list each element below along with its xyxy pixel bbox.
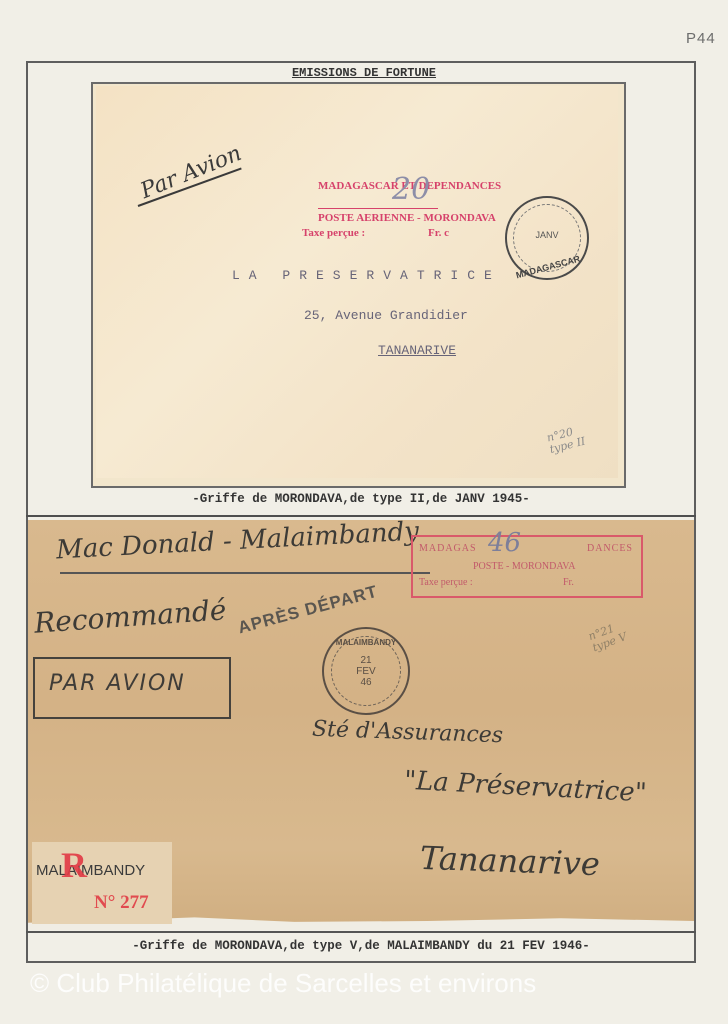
cachet-line-3-right: Fr. c xyxy=(428,227,449,239)
cover-2-postmark: MALAIMBANDY 21 FEV 46 xyxy=(322,627,410,715)
registration-number: N° 277 xyxy=(94,892,149,914)
cover-2-address-city: Tananarive xyxy=(419,839,600,883)
cover-1-addressee: LA PRESERVATRICE xyxy=(232,268,501,283)
cover-2-red-cachet: MADAGAS DANCES POSTE - MORONDAVA Taxe pe… xyxy=(411,535,643,598)
page-heading: EMISSIONS DE FORTUNE xyxy=(0,66,728,80)
registration-town: MALAIMBANDY xyxy=(36,862,145,879)
cover-2-pencil-amount: 46 xyxy=(488,528,521,558)
postmark-date: 21 FEV 46 xyxy=(324,655,408,688)
page-number: P44 xyxy=(686,30,716,47)
cachet-line-3-left: Taxe perçue : xyxy=(302,227,365,239)
cover-1-caption: -Griffe de MORONDAVA,de type II,de JANV … xyxy=(26,492,696,506)
cover-2-par-avion-box: PAR AVION xyxy=(33,657,231,719)
cover-1-pencil-amount: 20 xyxy=(392,172,430,207)
cover-2-caption: -Griffe de MORONDAVA,de type V,de MALAIM… xyxy=(26,939,696,953)
registration-label: MALAIMBANDY R N° 277 xyxy=(32,842,172,924)
cover-1-street: 25, Avenue Grandidier xyxy=(304,308,468,323)
cover-1-postmark: JANV MADAGASCAR xyxy=(505,196,589,280)
cover-2-sender-underline xyxy=(60,572,430,574)
cover-1-city: TANANARIVE xyxy=(378,343,456,358)
cachet-line-2: POSTE AERIENNE - MORONDAVA xyxy=(318,212,496,224)
caption-divider xyxy=(26,931,696,933)
copyright-watermark: © Club Philatélique de Sarcelles et envi… xyxy=(30,968,536,999)
section-divider xyxy=(26,515,696,517)
postmark-date: JANV xyxy=(507,230,587,240)
registration-letter: R xyxy=(61,844,87,886)
cachet-divider xyxy=(318,208,438,209)
